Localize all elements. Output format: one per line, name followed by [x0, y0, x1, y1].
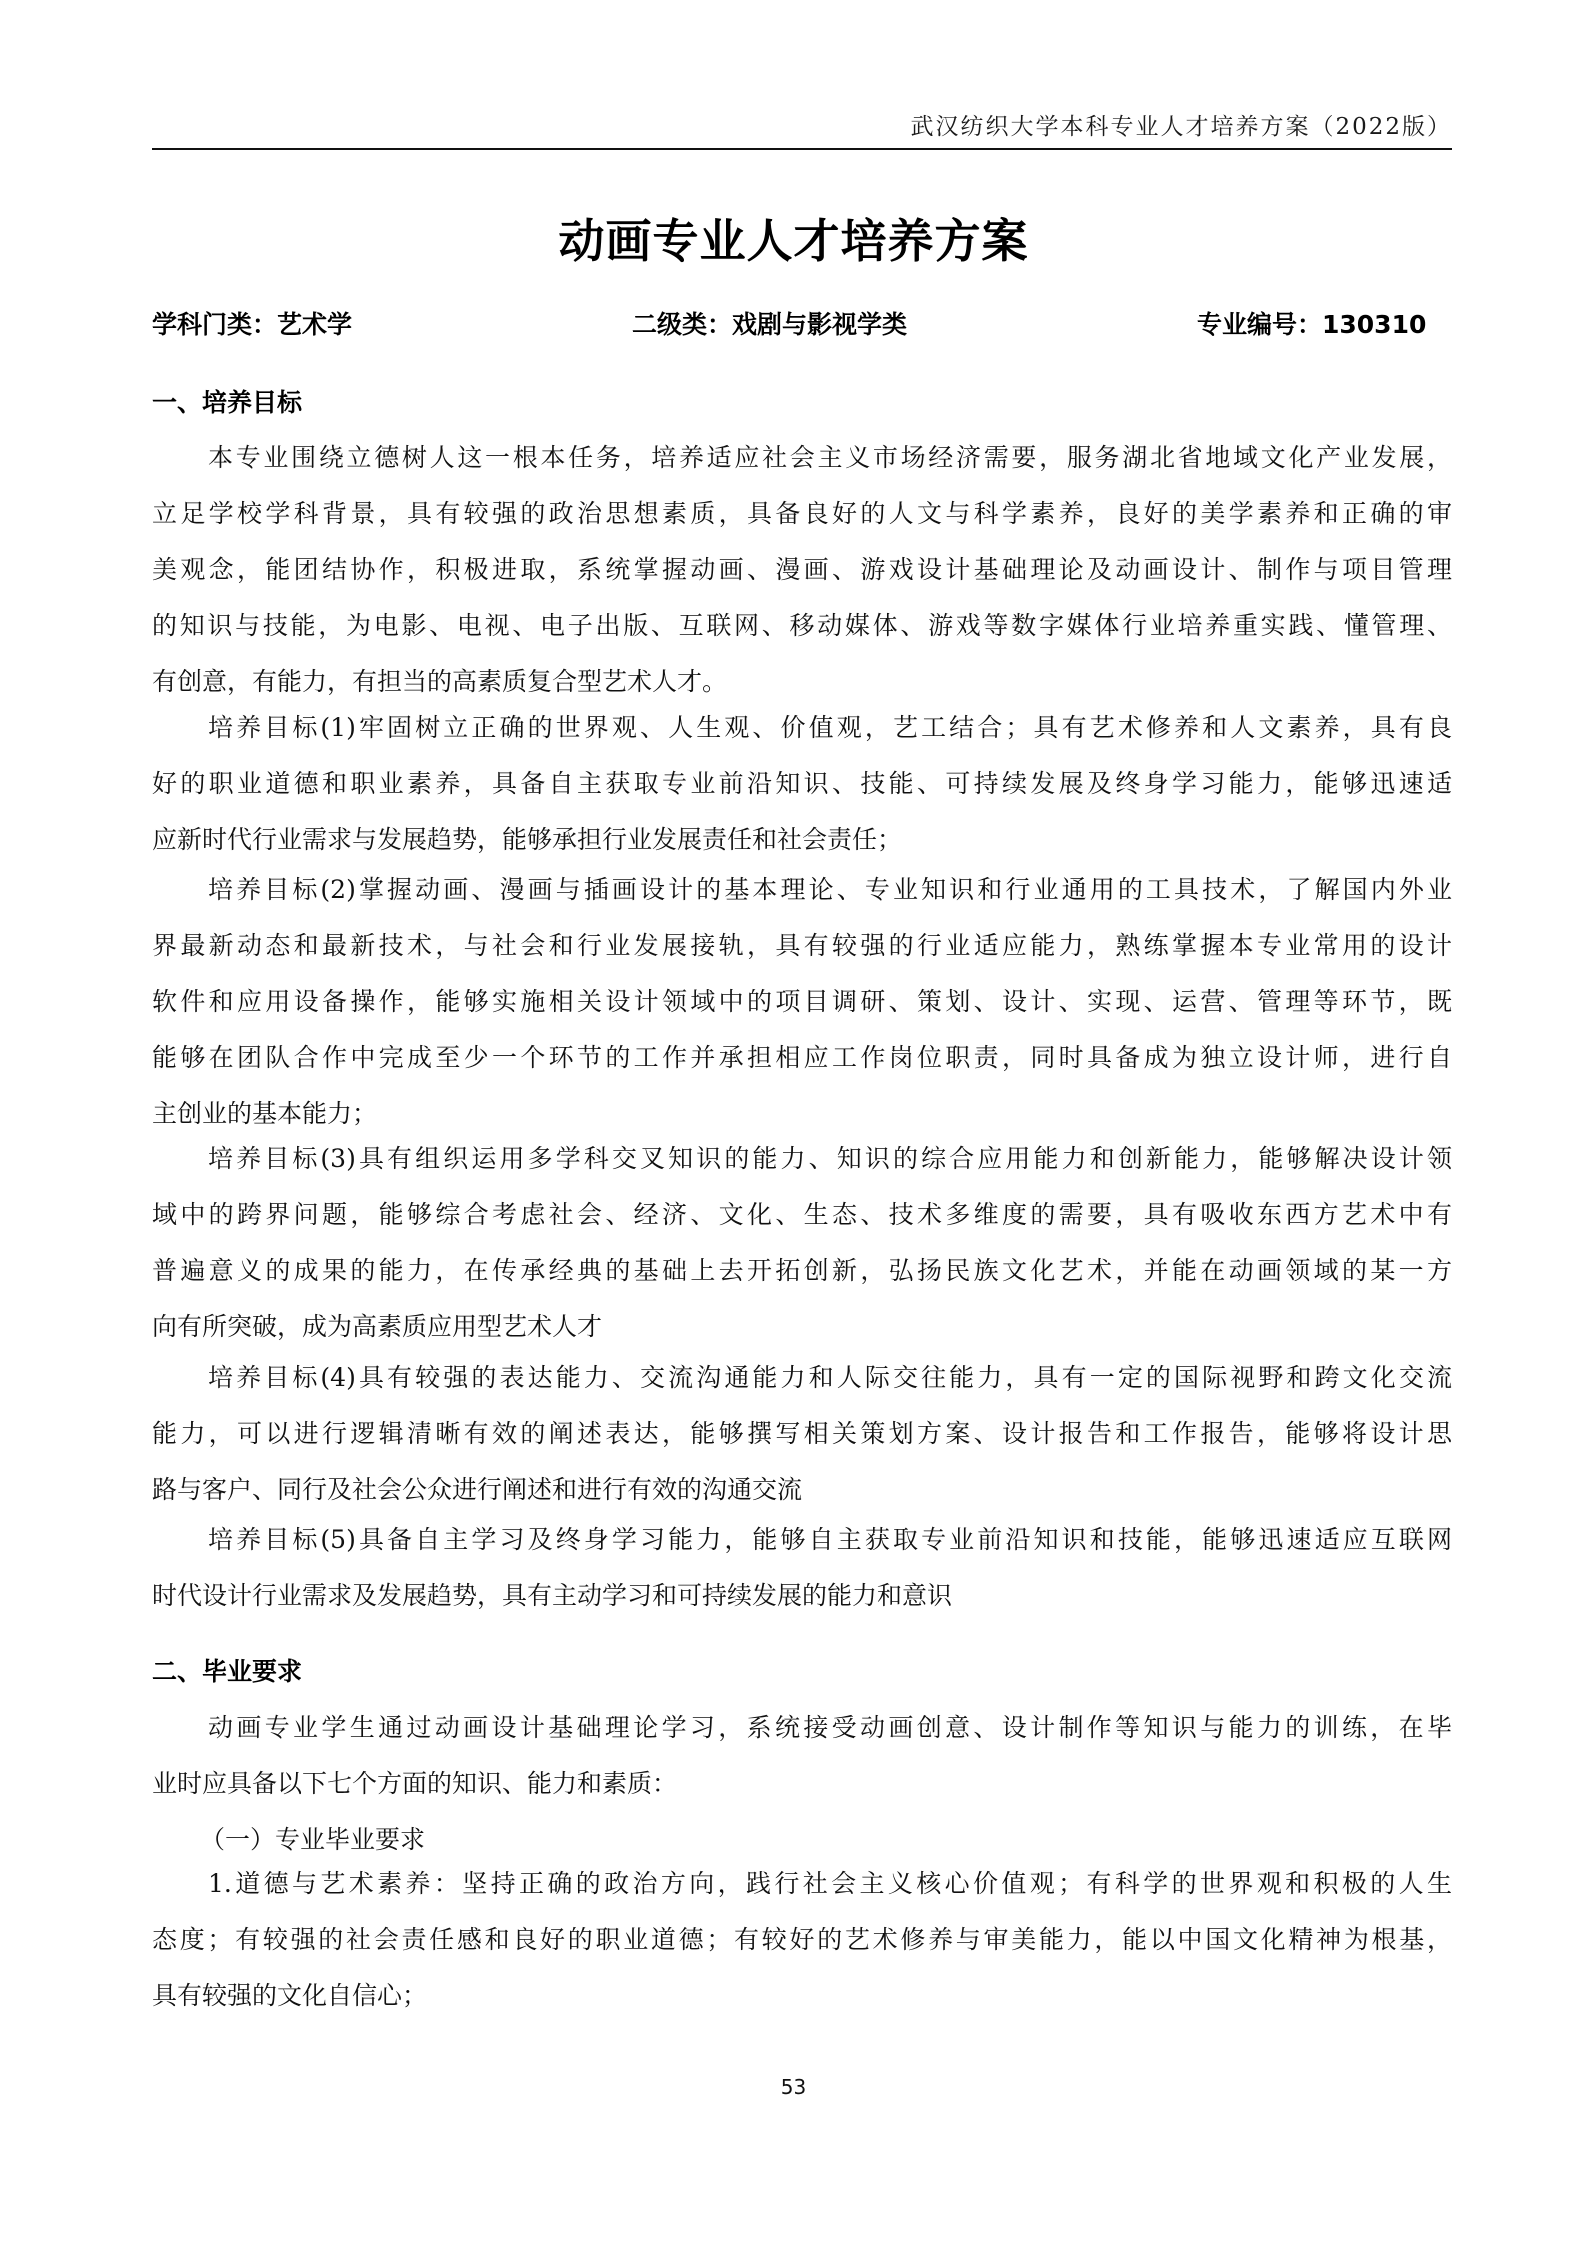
goal-1-paragraph: 培养目标(1)牢固树立正确的世界观、人生观、价值观，艺工结合；具有艺术修养和人文…	[152, 700, 1452, 868]
text-line: 普遍意义的成果的能力，在传承经典的基础上去开拓创新，弘扬民族文化艺术，并能在动画…	[152, 1243, 1452, 1299]
section-heading-goals: 一、培养目标	[152, 383, 302, 419]
text-line: 软件和应用设备操作，能够实施相关设计领域中的项目调研、策划、设计、实现、运营、管…	[152, 974, 1452, 1030]
text-line: 应新时代行业需求与发展趋势，能够承担行业发展责任和社会责任；	[152, 812, 1452, 868]
text-line: 立足学校学科背景，具有较强的政治思想素质，具备良好的人文与科学素养，良好的美学素…	[152, 486, 1452, 542]
goals-intro-paragraph: 本专业围绕立德树人这一根本任务，培养适应社会主义市场经济需要，服务湖北省地域文化…	[152, 430, 1452, 710]
text-line: 培养目标(4)具有较强的表达能力、交流沟通能力和人际交往能力，具有一定的国际视野…	[152, 1350, 1452, 1406]
text-line: 美观念，能团结协作，积极进取，系统掌握动画、漫画、游戏设计基础理论及动画设计、制…	[152, 542, 1452, 598]
text-line: 态度；有较强的社会责任感和良好的职业道德；有较好的艺术修养与审美能力，能以中国文…	[152, 1912, 1452, 1968]
goal-4-paragraph: 培养目标(4)具有较强的表达能力、交流沟通能力和人际交往能力，具有一定的国际视野…	[152, 1350, 1452, 1518]
text-line: 能够在团队合作中完成至少一个环节的工作并承担相应工作岗位职责，同时具备成为独立设…	[152, 1030, 1452, 1086]
document-title: 动画专业人才培养方案	[0, 205, 1587, 271]
text-line: 具有较强的文化自信心；	[152, 1968, 1452, 2024]
text-line: 界最新动态和最新技术，与社会和行业发展接轨，具有较强的行业适应能力，熟练掌握本专…	[152, 918, 1452, 974]
page-number: 53	[0, 2075, 1587, 2099]
requirements-intro-paragraph: 动画专业学生通过动画设计基础理论学习，系统接受动画创意、设计制作等知识与能力的训…	[152, 1700, 1452, 1812]
requirement-item-1-paragraph: 1.道德与艺术素养：坚持正确的政治方向，践行社会主义核心价值观；有科学的世界观和…	[152, 1856, 1452, 2024]
text-line: 业时应具备以下七个方面的知识、能力和素质：	[152, 1756, 1452, 1812]
text-line: 1.道德与艺术素养：坚持正确的政治方向，践行社会主义核心价值观；有科学的世界观和…	[152, 1856, 1452, 1912]
major-code: 专业编号：130310	[1197, 305, 1426, 341]
discipline-category: 学科门类：艺术学	[152, 305, 352, 341]
text-line: 的知识与技能，为电影、电视、电子出版、互联网、移动媒体、游戏等数字媒体行业培养重…	[152, 598, 1452, 654]
section-heading-requirements: 二、毕业要求	[152, 1652, 302, 1688]
goal-2-paragraph: 培养目标(2)掌握动画、漫画与插画设计的基本理论、专业知识和行业通用的工具技术，…	[152, 862, 1452, 1142]
text-line: 培养目标(1)牢固树立正确的世界观、人生观、价值观，艺工结合；具有艺术修养和人文…	[152, 700, 1452, 756]
text-line: 培养目标(5)具备自主学习及终身学习能力，能够自主获取专业前沿知识和技能，能够迅…	[152, 1512, 1452, 1568]
text-line: 向有所突破，成为高素质应用型艺术人才	[152, 1299, 1452, 1355]
goal-3-paragraph: 培养目标(3)具有组织运用多学科交叉知识的能力、知识的综合应用能力和创新能力，能…	[152, 1131, 1452, 1355]
text-line: 能力，可以进行逻辑清晰有效的阐述表达，能够撰写相关策划方案、设计报告和工作报告，…	[152, 1406, 1452, 1462]
text-line: 好的职业道德和职业素养，具备自主获取专业前沿知识、技能、可持续发展及终身学习能力…	[152, 756, 1452, 812]
text-line: 动画专业学生通过动画设计基础理论学习，系统接受动画创意、设计制作等知识与能力的训…	[152, 1700, 1452, 1756]
running-header: 武汉纺织大学本科专业人才培养方案（2022版）	[152, 108, 1452, 141]
text-line: 时代设计行业需求及发展趋势，具有主动学习和可持续发展的能力和意识	[152, 1568, 1452, 1624]
text-line: 域中的跨界问题，能够综合考虑社会、经济、文化、生态、技术多维度的需要，具有吸收东…	[152, 1187, 1452, 1243]
header-rule	[152, 148, 1452, 150]
meta-row: 学科门类：艺术学 二级类：戏剧与影视学类 专业编号：130310	[152, 305, 1452, 345]
subheading-professional-requirements: （一）专业毕业要求	[200, 1820, 425, 1856]
text-line: 路与客户、同行及社会公众进行阐述和进行有效的沟通交流	[152, 1462, 1452, 1518]
text-line: 本专业围绕立德树人这一根本任务，培养适应社会主义市场经济需要，服务湖北省地域文化…	[152, 430, 1452, 486]
discipline-subcategory: 二级类：戏剧与影视学类	[632, 305, 907, 341]
goal-5-paragraph: 培养目标(5)具备自主学习及终身学习能力，能够自主获取专业前沿知识和技能，能够迅…	[152, 1512, 1452, 1624]
text-line: 培养目标(2)掌握动画、漫画与插画设计的基本理论、专业知识和行业通用的工具技术，…	[152, 862, 1452, 918]
text-line: 培养目标(3)具有组织运用多学科交叉知识的能力、知识的综合应用能力和创新能力，能…	[152, 1131, 1452, 1187]
